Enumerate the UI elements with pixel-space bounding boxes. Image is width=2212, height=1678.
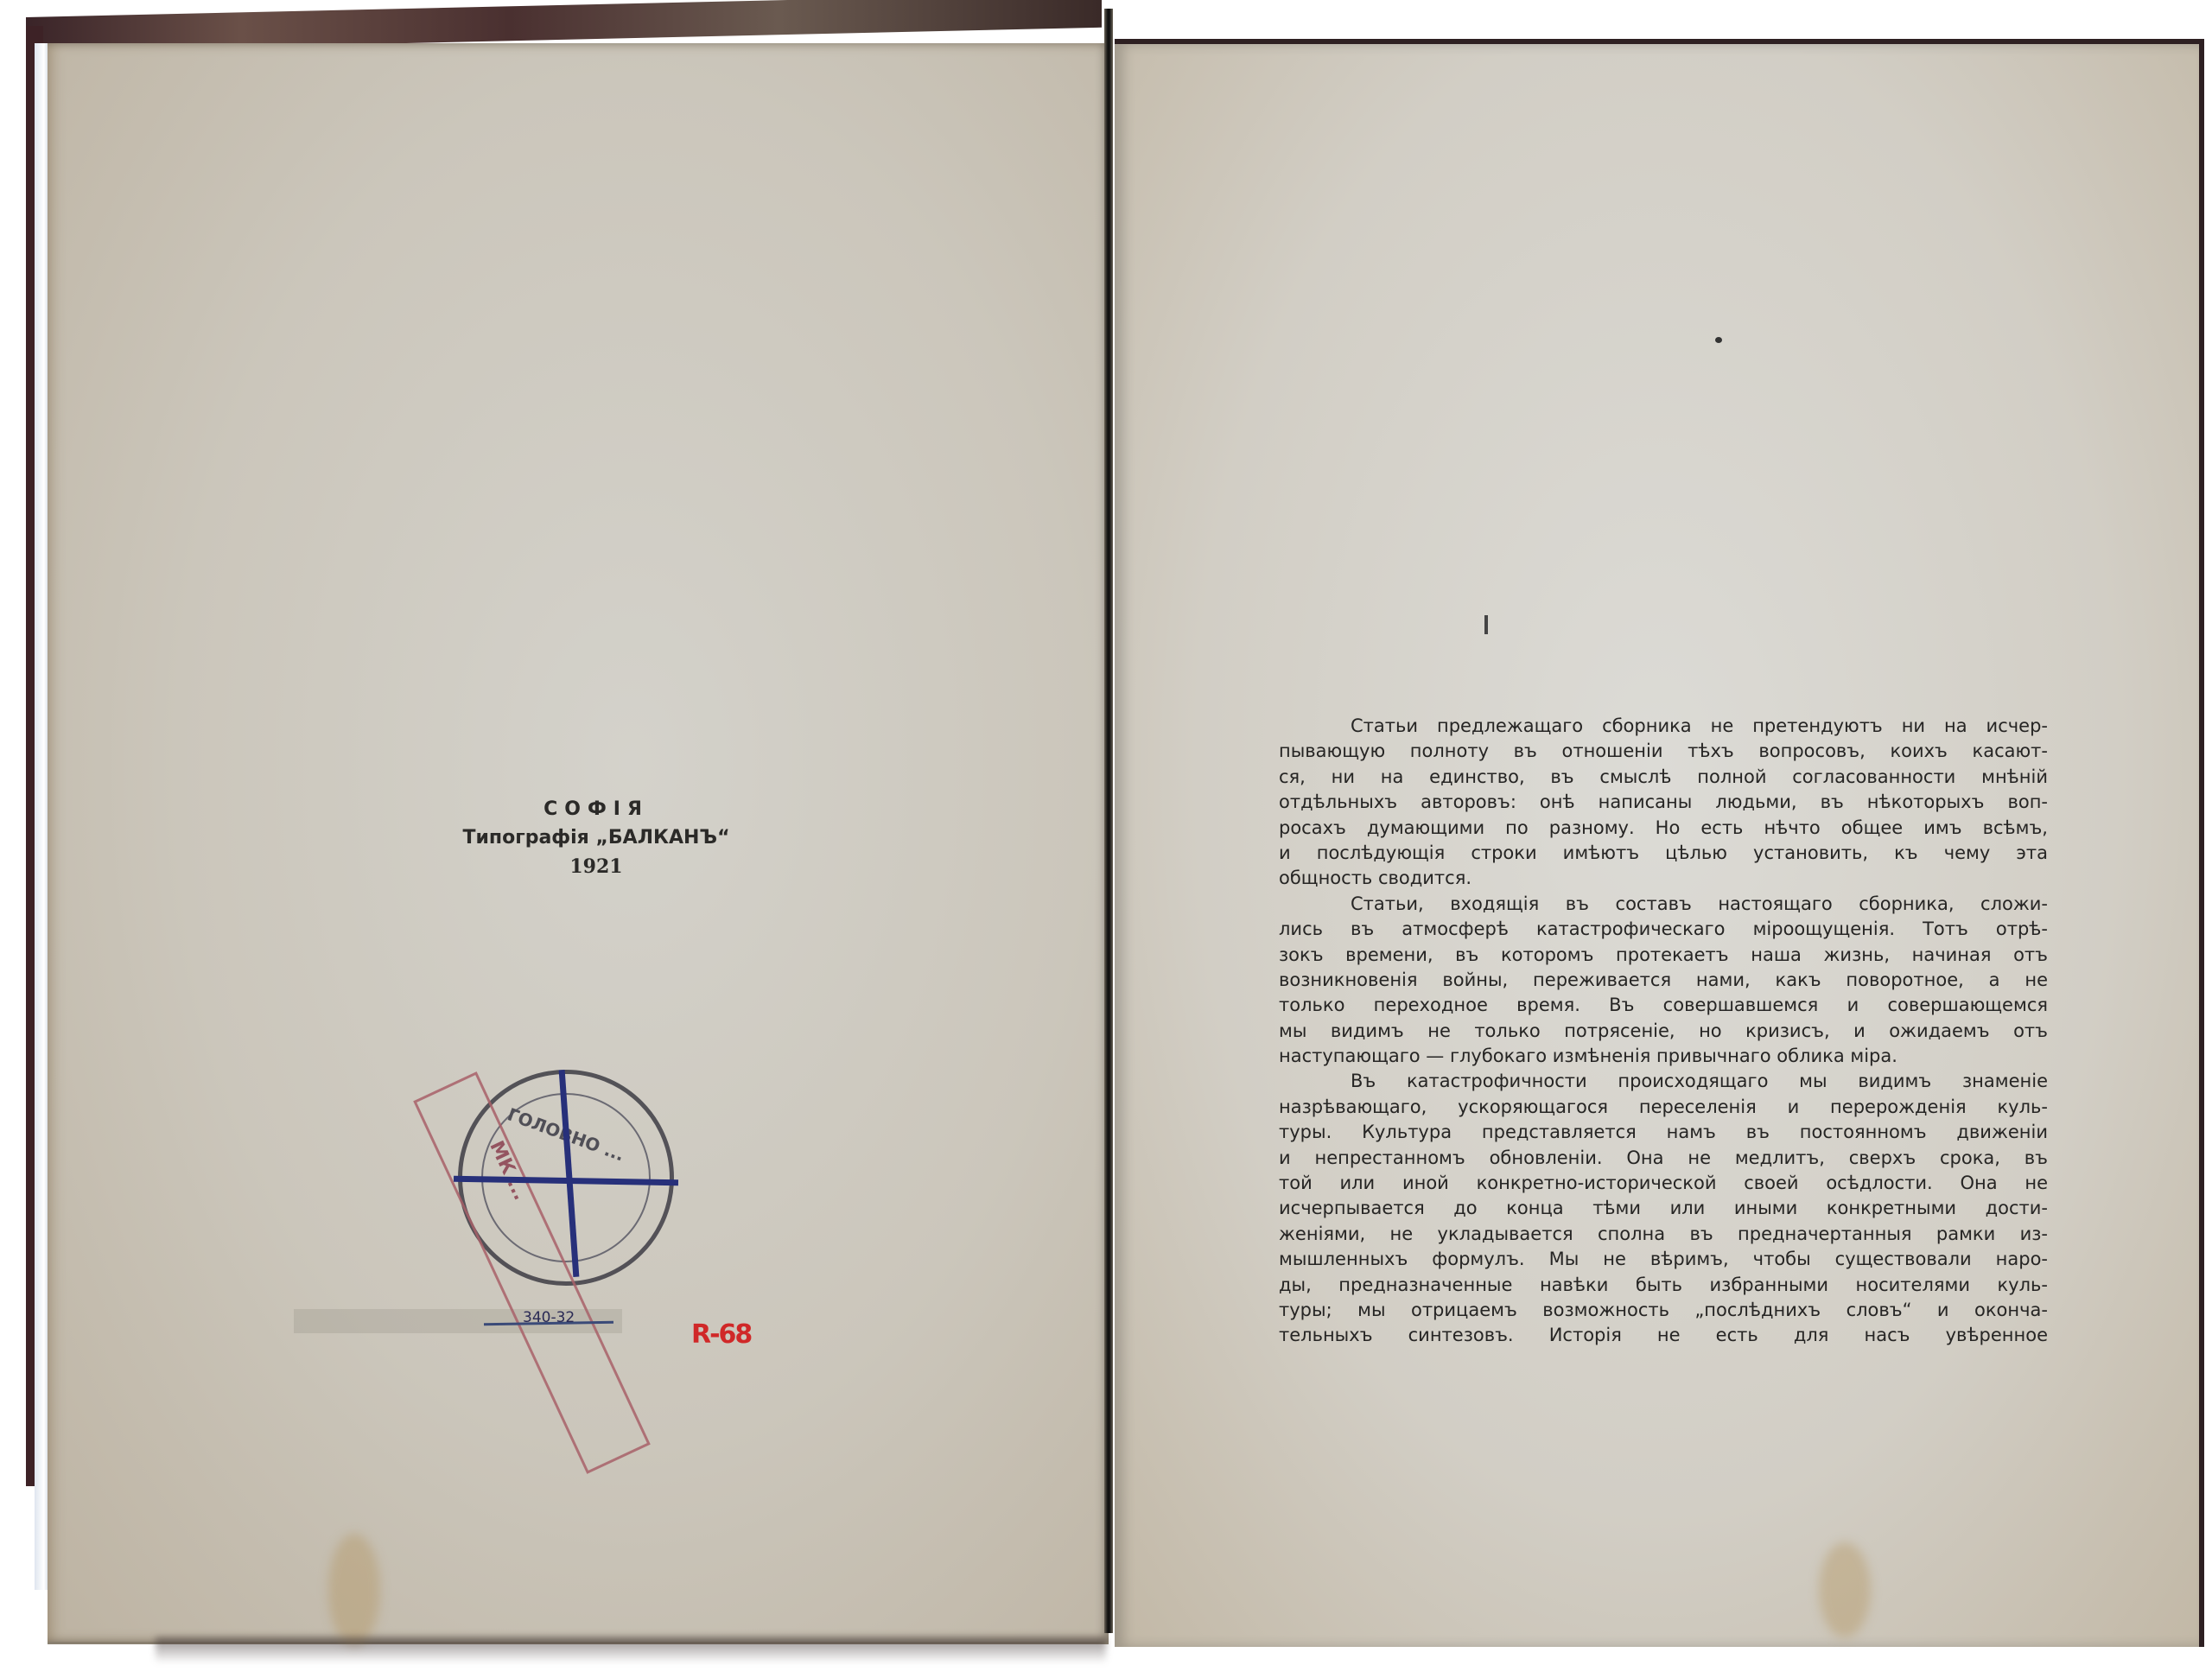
- text-line: ды, предназначенные навѣки быть избранны…: [1279, 1273, 2048, 1298]
- text-line: ся, ни на единство, въ смыслѣ полной сог…: [1279, 765, 2048, 790]
- foxing-stain: [1819, 1542, 1871, 1637]
- imprint: СОФІЯ Типографія „БАЛКАНЪ“ 1921: [415, 795, 778, 881]
- body-text: Статьи предлежащаго сборника не претенду…: [1279, 714, 2048, 1349]
- text-line: Статьи, входящія въ составъ настоящаго с…: [1279, 892, 2048, 917]
- foxing-stain: [328, 1534, 380, 1646]
- text-line: и послѣдующія строки имѣютъ цѣлью устано…: [1279, 841, 2048, 866]
- text-line: росахъ думающими по разному. Но есть нѣч…: [1279, 816, 2048, 841]
- page-bottom-shadow: [156, 1637, 1106, 1663]
- text-line: и непрестанномъ обновленіи. Она не медли…: [1279, 1146, 2048, 1171]
- text-line: женіями, не укладывается сполна въ предн…: [1279, 1222, 2048, 1247]
- text-line: лись въ атмосферѣ катастрофическаго міро…: [1279, 917, 2048, 942]
- text-line: Статьи предлежащаго сборника не претенду…: [1279, 714, 2048, 739]
- text-line: тельныхъ синтезовъ. Исторія не есть для …: [1279, 1323, 2048, 1348]
- red-catalog-mark: R-68: [691, 1319, 751, 1350]
- shelf-number: 340-32: [523, 1309, 575, 1326]
- text-line: отдѣльныхъ авторовъ: онѣ написаны людьми…: [1279, 790, 2048, 815]
- text-line: туры; мы отрицаемъ возможность „послѣдни…: [1279, 1298, 2048, 1323]
- text-line: возникновенія войны, переживается нами, …: [1279, 968, 2048, 993]
- text-line: исчерпывается до конца тѣми или иными ко…: [1279, 1196, 2048, 1221]
- book-gutter: [1104, 9, 1113, 1633]
- text-line: мы видимъ не только потрясеніе, но кризи…: [1279, 1019, 2048, 1044]
- printer-mark: [1484, 615, 1488, 634]
- text-line: общность сводится.: [1279, 866, 2048, 891]
- imprint-printer: Типографія „БАЛКАНЪ“: [415, 824, 778, 852]
- text-line: мышленныхъ формулъ. Мы не вѣримъ, чтобы …: [1279, 1247, 2048, 1272]
- text-line: Въ катастрофичности происходящаго мы вид…: [1279, 1069, 2048, 1094]
- imprint-year: 1921: [415, 852, 778, 881]
- text-line: назрѣвающаго, ускоряющагося переселенія …: [1279, 1095, 2048, 1120]
- text-line: зокъ времени, въ которомъ протекаетъ наш…: [1279, 943, 2048, 968]
- text-line: туры. Культура представляется намъ въ по…: [1279, 1120, 2048, 1145]
- imprint-city: СОФІЯ: [415, 795, 778, 824]
- text-line: только переходное время. Въ совершавшемс…: [1279, 993, 2048, 1018]
- text-line: той или иной конкретно-исторической свое…: [1279, 1171, 2048, 1196]
- ink-speck: [1715, 337, 1722, 343]
- text-line: пывающую полноту въ отношеніи тѣхъ вопро…: [1279, 739, 2048, 764]
- text-line: наступающаго — глубокаго измѣненія привы…: [1279, 1044, 2048, 1069]
